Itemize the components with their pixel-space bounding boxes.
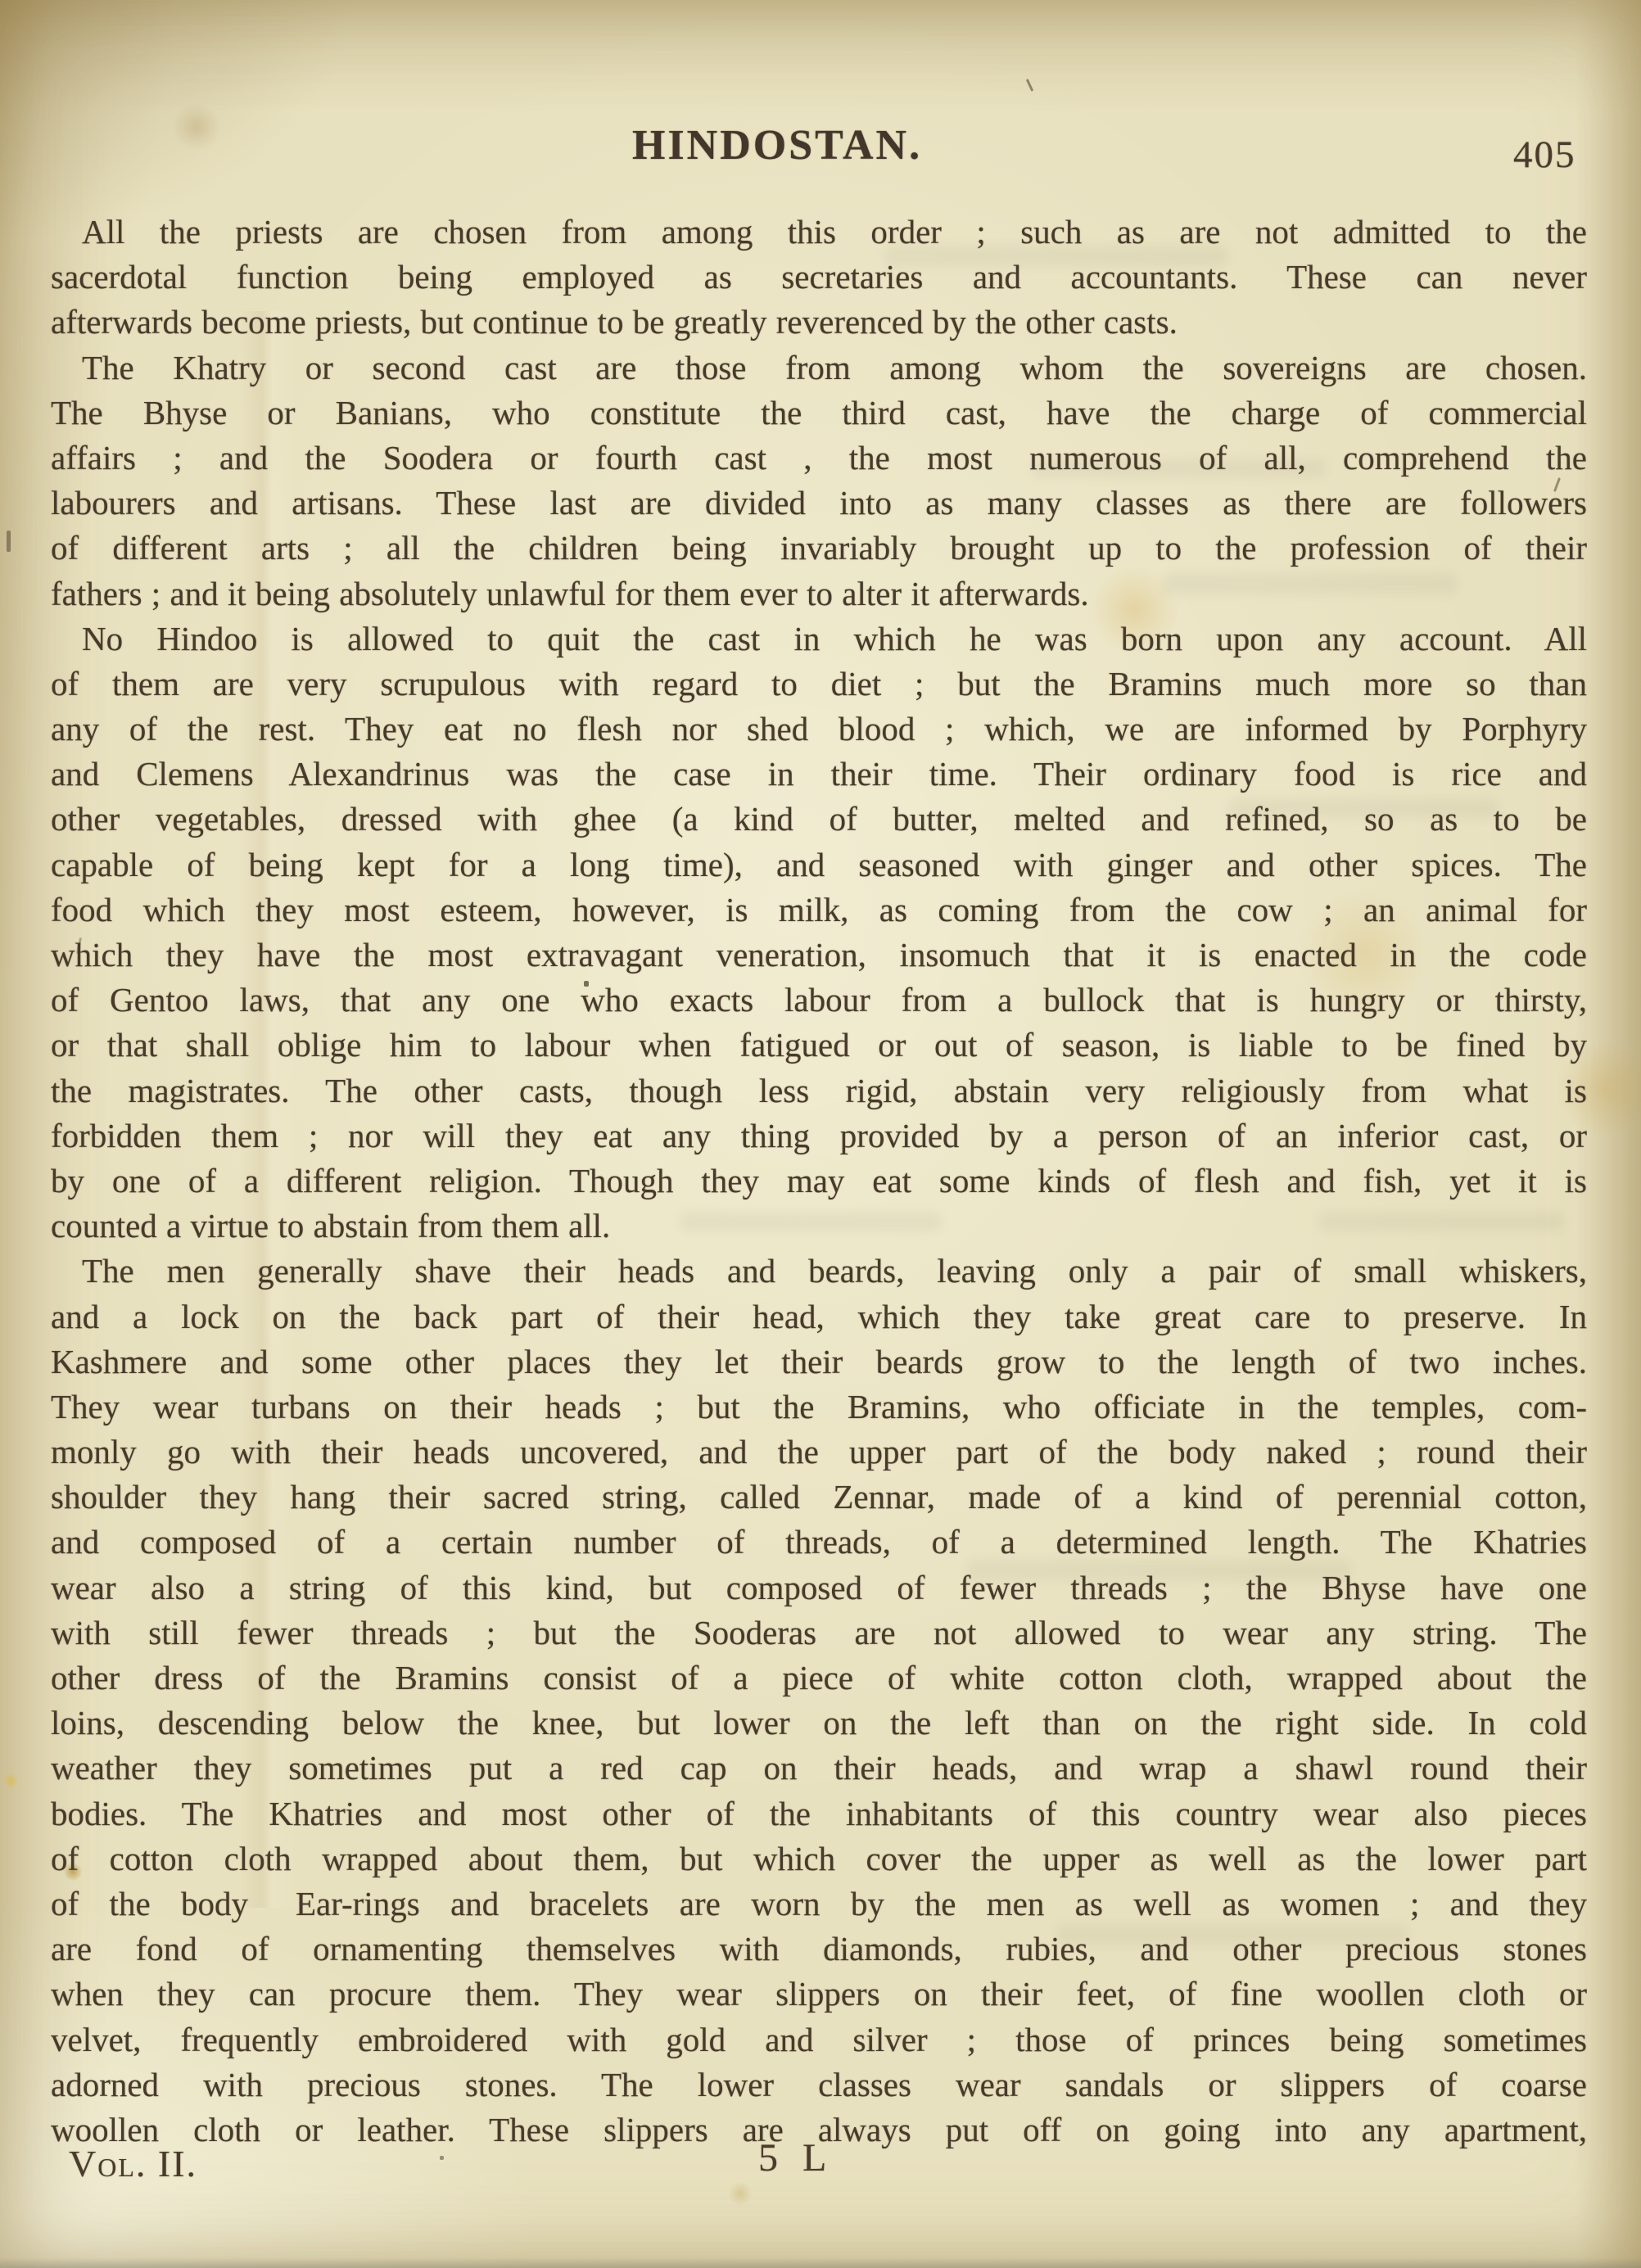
text-line: of Gentoo laws, that any one who exacts … xyxy=(51,978,1587,1023)
text-line: The Bhyse or Banians, who constitute the… xyxy=(51,391,1587,436)
text-line: when they can procure them. They wear sl… xyxy=(51,1972,1587,2017)
text-line: and Clemens Alexandrinus was the case in… xyxy=(51,752,1587,797)
ink-speck xyxy=(7,531,11,552)
scan-bottom-edge xyxy=(0,2257,1641,2268)
text-line: or that shall oblige him to labour when … xyxy=(51,1023,1587,1068)
footer-signature-mark: 5 L xyxy=(758,2135,834,2180)
text-line: and composed of a certain number of thre… xyxy=(51,1520,1587,1565)
text-line: adorned with precious stones. The lower … xyxy=(51,2062,1587,2108)
text-line: which they have the most extravagant ven… xyxy=(51,933,1587,978)
footer-volume-label: Vol. II. xyxy=(69,2142,197,2185)
text-line: Kashmere and some other places they let … xyxy=(51,1340,1587,1385)
text-line: forbidden them ; nor will they eat any t… xyxy=(51,1114,1587,1159)
page-body: All the priests are chosen from among th… xyxy=(51,210,1587,2153)
text-line: No Hindoo is allowed to quit the cast in… xyxy=(51,617,1587,662)
text-line: The Khatry or second cast are those from… xyxy=(51,346,1587,391)
text-line: All the priests are chosen from among th… xyxy=(51,210,1587,255)
text-line: loins, descending below the knee, but lo… xyxy=(51,1701,1587,1746)
text-line: and a lock on the back part of their hea… xyxy=(51,1294,1587,1340)
text-line: are fond of ornamenting themselves with … xyxy=(51,1927,1587,1972)
text-line: of the body Ear-rings and bracelets are … xyxy=(51,1882,1587,1927)
page-number: 405 xyxy=(1513,133,1576,177)
text-line: They wear turbans on their heads ; but t… xyxy=(51,1385,1587,1430)
text-line: of cotton cloth wrapped about them, but … xyxy=(51,1837,1587,1882)
text-line: any of the rest. They eat no flesh nor s… xyxy=(51,707,1587,752)
text-line: counted a virtue to abstain from them al… xyxy=(51,1204,1587,1249)
text-line: sacerdotal function being employed as se… xyxy=(51,255,1587,300)
foxing-stain xyxy=(3,1773,18,1788)
text-line: with still fewer threads ; but the Soode… xyxy=(51,1611,1587,1656)
text-line: afterwards become priests, but continue … xyxy=(51,300,1587,345)
ink-speck xyxy=(440,2156,444,2160)
text-line: capable of being kept for a long time), … xyxy=(51,843,1587,888)
text-line: of different arts ; all the children bei… xyxy=(51,526,1587,571)
text-line: The men generally shave their heads and … xyxy=(51,1249,1587,1294)
foxing-stain xyxy=(729,2182,752,2205)
text-line: shoulder they hang their sacred string, … xyxy=(51,1475,1587,1520)
text-line: weather they sometimes put a red cap on … xyxy=(51,1746,1587,1791)
text-line: wear also a string of this kind, but com… xyxy=(51,1565,1587,1611)
page-title: HINDOSTAN. xyxy=(632,121,922,169)
text-line: the magistrates. The other casts, though… xyxy=(51,1068,1587,1114)
text-line: fathers ; and it being absolutely unlawf… xyxy=(51,572,1587,617)
text-line: bodies. The Khatries and most other of t… xyxy=(51,1791,1587,1837)
text-line: monly go with their heads uncovered, and… xyxy=(51,1430,1587,1475)
text-line: food which they most esteem, however, is… xyxy=(51,888,1587,933)
text-line: velvet, frequently embroidered with gold… xyxy=(51,2017,1587,2062)
text-line: labourers and artisans. These last are d… xyxy=(51,481,1587,526)
text-line: other dress of the Bramins consist of a … xyxy=(51,1656,1587,1701)
ink-speck xyxy=(1026,79,1033,92)
foxing-stain xyxy=(172,102,221,151)
text-line: of them are very scrupulous with regard … xyxy=(51,662,1587,707)
text-line: other vegetables, dressed with ghee (a k… xyxy=(51,797,1587,842)
scanned-book-page: HINDOSTAN. 405 All the priests are chose… xyxy=(0,0,1641,2268)
text-line: affairs ; and the Soodera or fourth cast… xyxy=(51,436,1587,481)
text-line: by one of a different religion. Though t… xyxy=(51,1159,1587,1204)
